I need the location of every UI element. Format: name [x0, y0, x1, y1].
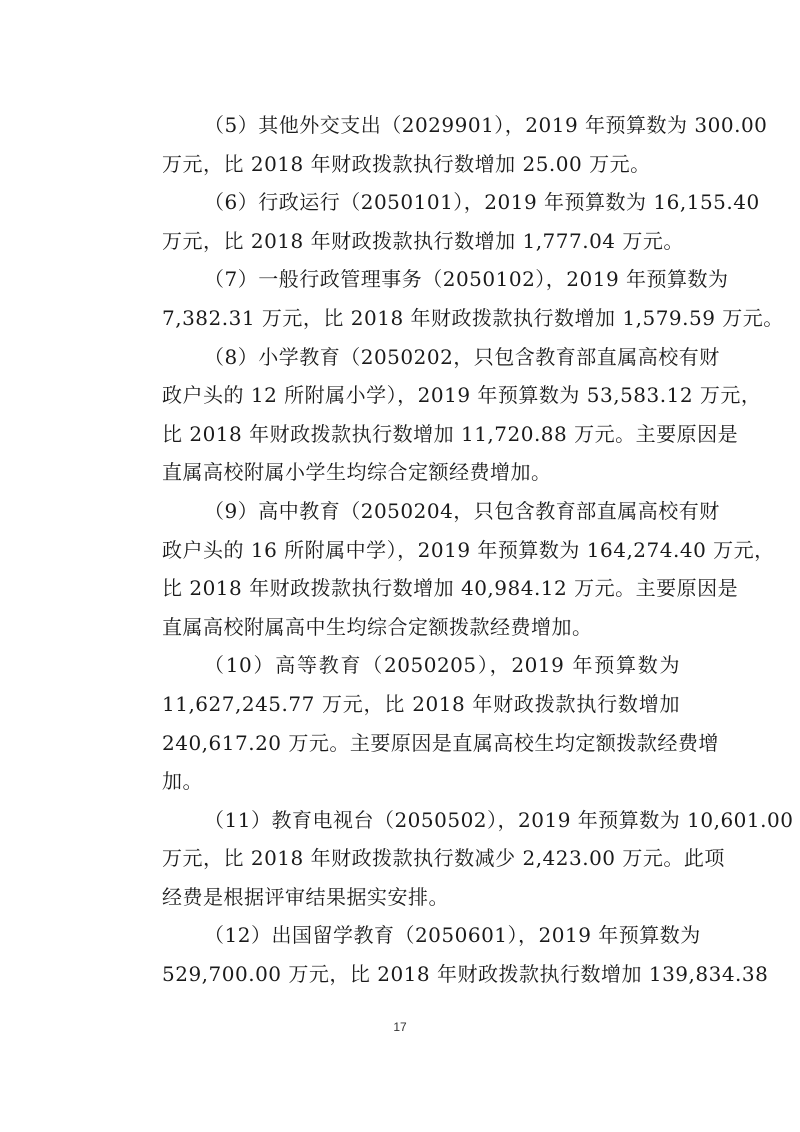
document-page: （5）其他外交支出（2029901），2019 年预算数为 300.00 万元，… — [0, 0, 800, 1132]
text-line: 11,627,245.77 万元，比 2018 年财政拨款执行数增加 — [122, 685, 680, 724]
page-body: （5）其他外交支出（2029901），2019 年预算数为 300.00 万元，… — [122, 106, 680, 994]
text-line: 政户头的 12 所附属小学），2019 年预算数为 53,583.12 万元， — [122, 376, 680, 415]
text-line: 经费是根据评审结果据实安排。 — [122, 878, 680, 917]
paragraph-item-6: （6）行政运行（2050101），2019 年预算数为 16,155.40 万元… — [122, 183, 680, 260]
text-line: （11）教育电视台（2050502），2019 年预算数为 10,601.00 — [122, 801, 680, 840]
paragraph-item-10: （10）高等教育（2050205），2019 年预算数为 11,627,245.… — [122, 646, 680, 800]
paragraph-item-7: （7）一般行政管理事务（2050102），2019 年预算数为 7,382.31… — [122, 260, 680, 337]
text-line: （5）其他外交支出（2029901），2019 年预算数为 300.00 — [122, 106, 680, 145]
text-line: （12）出国留学教育（2050601），2019 年预算数为 — [122, 916, 680, 955]
text-line: 万元，比 2018 年财政拨款执行数增加 25.00 万元。 — [122, 145, 680, 184]
page-number: 17 — [0, 1020, 800, 1034]
text-line: 比 2018 年财政拨款执行数增加 40,984.12 万元。主要原因是 — [122, 569, 680, 608]
paragraph-item-5: （5）其他外交支出（2029901），2019 年预算数为 300.00 万元，… — [122, 106, 680, 183]
text-line: （6）行政运行（2050101），2019 年预算数为 16,155.40 — [122, 183, 680, 222]
text-line: 政户头的 16 所附属中学），2019 年预算数为 164,274.40 万元， — [122, 531, 680, 570]
text-line: 加。 — [122, 762, 680, 801]
text-line: 比 2018 年财政拨款执行数增加 11,720.88 万元。主要原因是 — [122, 415, 680, 454]
paragraph-item-11: （11）教育电视台（2050502），2019 年预算数为 10,601.00 … — [122, 801, 680, 917]
paragraph-item-12: （12）出国留学教育（2050601），2019 年预算数为 529,700.0… — [122, 916, 680, 993]
text-line: 7,382.31 万元，比 2018 年财政拨款执行数增加 1,579.59 万… — [122, 299, 680, 338]
text-line: （9）高中教育（2050204，只包含教育部直属高校有财 — [122, 492, 680, 531]
paragraph-item-9: （9）高中教育（2050204，只包含教育部直属高校有财 政户头的 16 所附属… — [122, 492, 680, 646]
text-line: 529,700.00 万元，比 2018 年财政拨款执行数增加 139,834.… — [122, 955, 680, 994]
text-line: 万元，比 2018 年财政拨款执行数增加 1,777.04 万元。 — [122, 222, 680, 261]
text-line: 240,617.20 万元。主要原因是直属高校生均定额拨款经费增 — [122, 724, 680, 763]
text-line: 直属高校附属高中生均综合定额拨款经费增加。 — [122, 608, 680, 647]
paragraph-item-8: （8）小学教育（2050202，只包含教育部直属高校有财 政户头的 12 所附属… — [122, 338, 680, 492]
text-line: （8）小学教育（2050202，只包含教育部直属高校有财 — [122, 338, 680, 377]
text-line: （7）一般行政管理事务（2050102），2019 年预算数为 — [122, 260, 680, 299]
text-line: 万元，比 2018 年财政拨款执行数减少 2,423.00 万元。此项 — [122, 839, 680, 878]
text-line: 直属高校附属小学生均综合定额经费增加。 — [122, 453, 680, 492]
text-line: （10）高等教育（2050205），2019 年预算数为 — [122, 646, 680, 685]
